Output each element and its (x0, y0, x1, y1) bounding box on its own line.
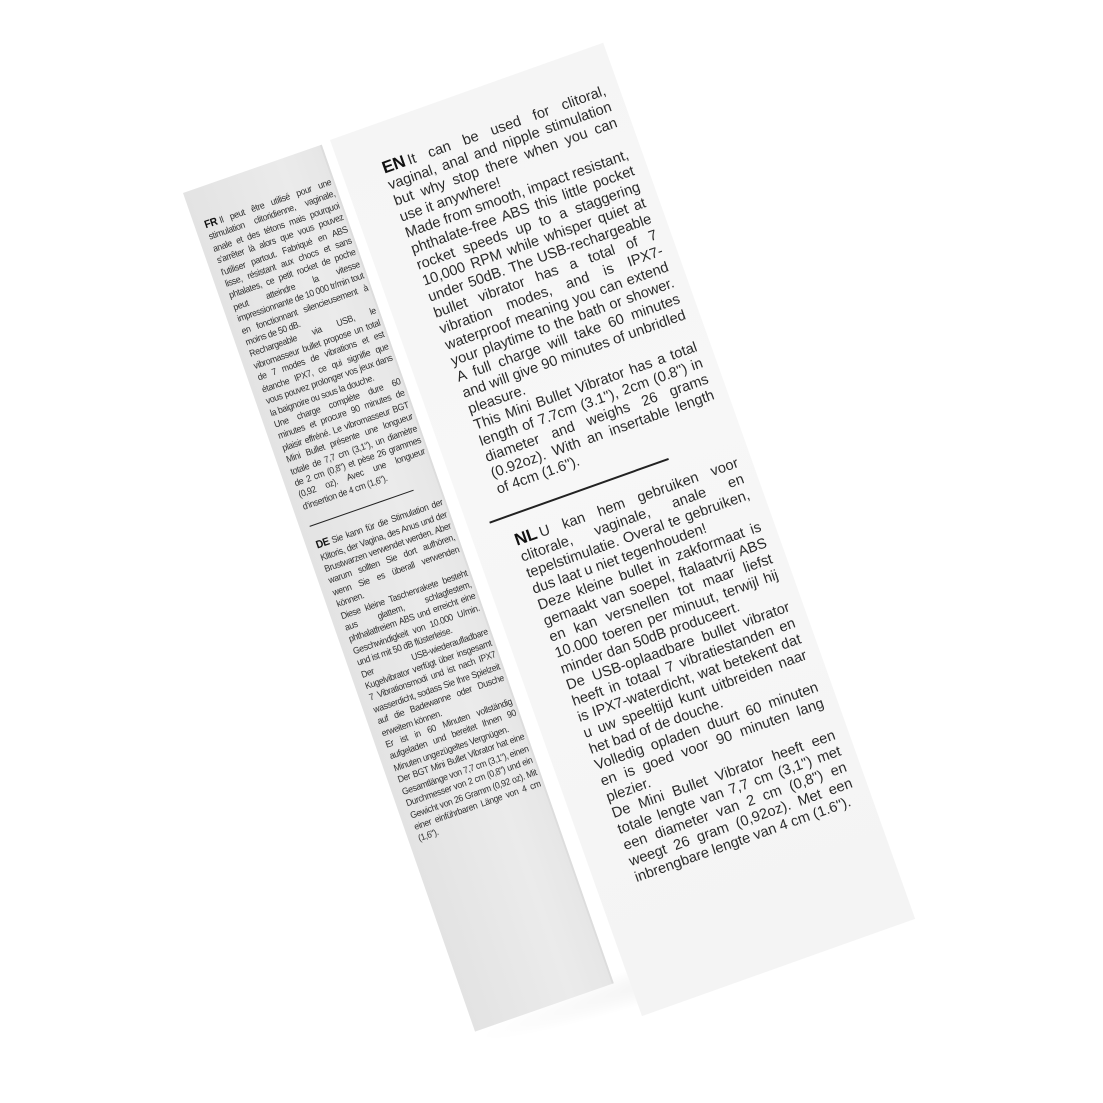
nl-section: NLU kan hem gebruiken voor clitorale, va… (512, 453, 860, 886)
product-box-scene: FRIl peut être utilisé pour une stimulat… (0, 0, 1103, 1103)
en-section: ENIt can be used for clitoral, vaginal, … (380, 81, 723, 498)
